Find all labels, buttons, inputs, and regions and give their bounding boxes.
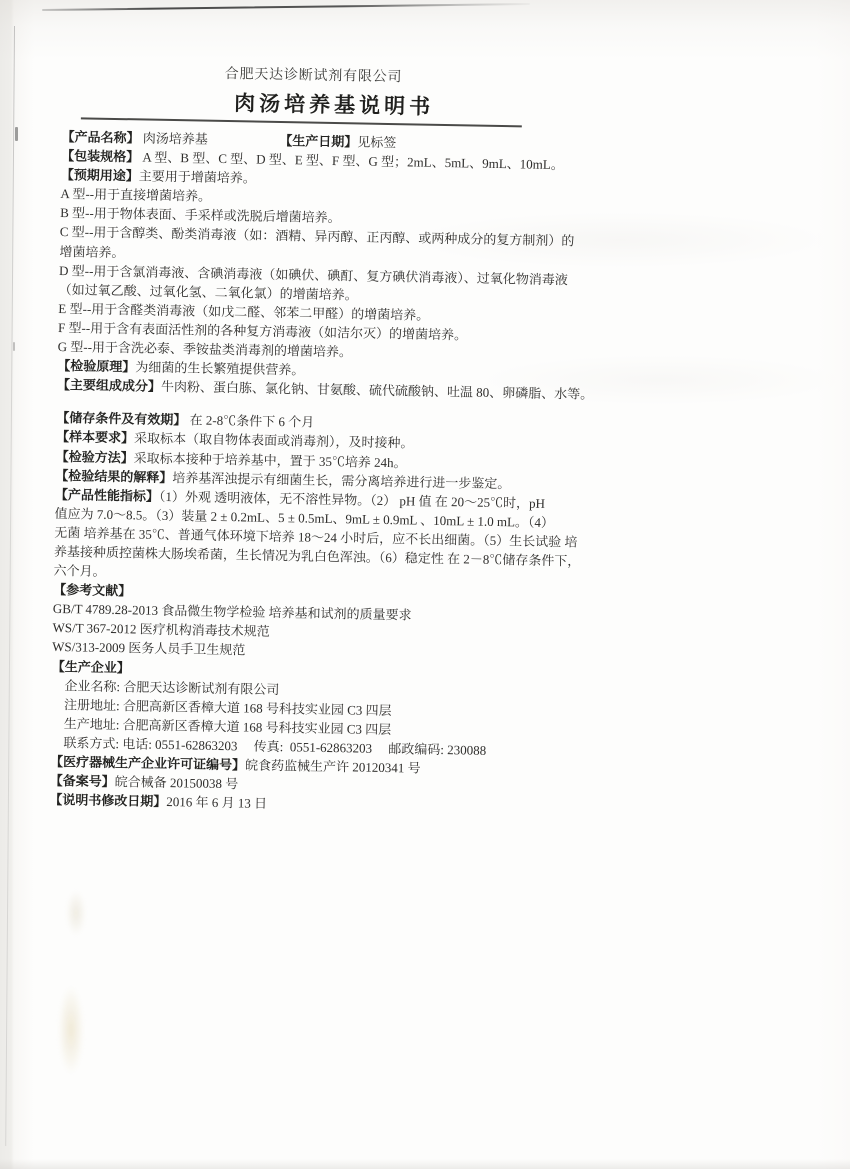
paper-smudge <box>66 890 86 936</box>
line-text: 采取标本（取自物体表面或消毒剂），及时接种。 <box>134 431 414 451</box>
section-label: 【主要组成成分】 <box>57 377 161 394</box>
paper-smudge <box>58 985 84 1075</box>
line-text: 主要用于增菌培养。 <box>139 169 256 186</box>
paper-left-edge-line <box>5 26 15 1146</box>
scanned-document-page: 合肥天达诊断试剂有限公司 肉汤培养基说明书 【产品名称】 肉汤培养基 【生产日期… <box>0 0 850 1169</box>
section-label: 【说明书修改日期】 <box>49 792 166 809</box>
line-text: A 型--用于直接增菌培养。 <box>60 186 211 204</box>
line-text: 增菌培养。 <box>59 244 124 260</box>
section-label: 【预期用途】 <box>61 167 139 183</box>
paper-top-edge-line <box>42 3 530 11</box>
line-text: 六个月。 <box>53 563 105 579</box>
line-text: 在 2-8℃条件下 6 个月 <box>186 413 314 430</box>
page-title: 肉汤培养基说明书 <box>234 91 582 123</box>
line-text: 企业名称: 合肥天达诊断试剂有限公司 <box>51 678 279 697</box>
scan-artifact-mark <box>15 127 18 141</box>
line-text: 2016 年 6 月 13 日 <box>166 794 267 811</box>
section-label: 【检验原理】 <box>57 358 135 374</box>
section-label: 【检验方法】 <box>56 448 134 464</box>
document-body: 【产品名称】 肉汤培养基 【生产日期】见标签【包装规格】 A 型、B 型、C 型… <box>49 127 581 819</box>
line-text: WS/313-2009 医务人员手卫生规范 <box>52 639 245 658</box>
line-text: 采取标本接种于培养基中，置于 35℃培养 24h。 <box>134 450 407 470</box>
section-label: 【备案号】 <box>50 773 115 789</box>
company-name: 合肥天达诊断试剂有限公司 <box>225 66 583 88</box>
printed-content: 合肥天达诊断试剂有限公司 肉汤培养基说明书 【产品名称】 肉汤培养基 【生产日期… <box>49 57 583 819</box>
line-text: 肉汤培养基 <box>139 130 208 146</box>
line-text: 为细菌的生长繁殖提供营养。 <box>135 360 304 378</box>
scan-artifact-mark <box>13 342 15 351</box>
line-text: 见标签 <box>357 134 396 150</box>
section-label: 【生产日期】 <box>286 133 358 149</box>
section-label: 【包装规格】 <box>61 148 139 164</box>
section-label: 【检验结果的解释】 <box>55 468 172 485</box>
section-label: 【产品性能指标】 <box>55 487 159 504</box>
section-label: 【产品名称】 <box>61 129 139 145</box>
section-label: 【样本要求】 <box>56 429 134 445</box>
section-label: 【生产企业】 <box>52 658 130 674</box>
section-label: 【医疗器械生产企业许可证编号】 <box>50 754 245 773</box>
line-text: 皖合械备 20150038 号 <box>115 774 239 791</box>
line-text: WS/T 367-2012 医疗机构消毒技术规范 <box>52 620 269 639</box>
line-text: 皖食药监械生产许 20120341 号 <box>245 757 421 775</box>
section-label: 【储存条件及有效期】 <box>56 410 186 427</box>
line-text <box>208 132 286 148</box>
section-label: 【参考文献】 <box>53 582 131 598</box>
